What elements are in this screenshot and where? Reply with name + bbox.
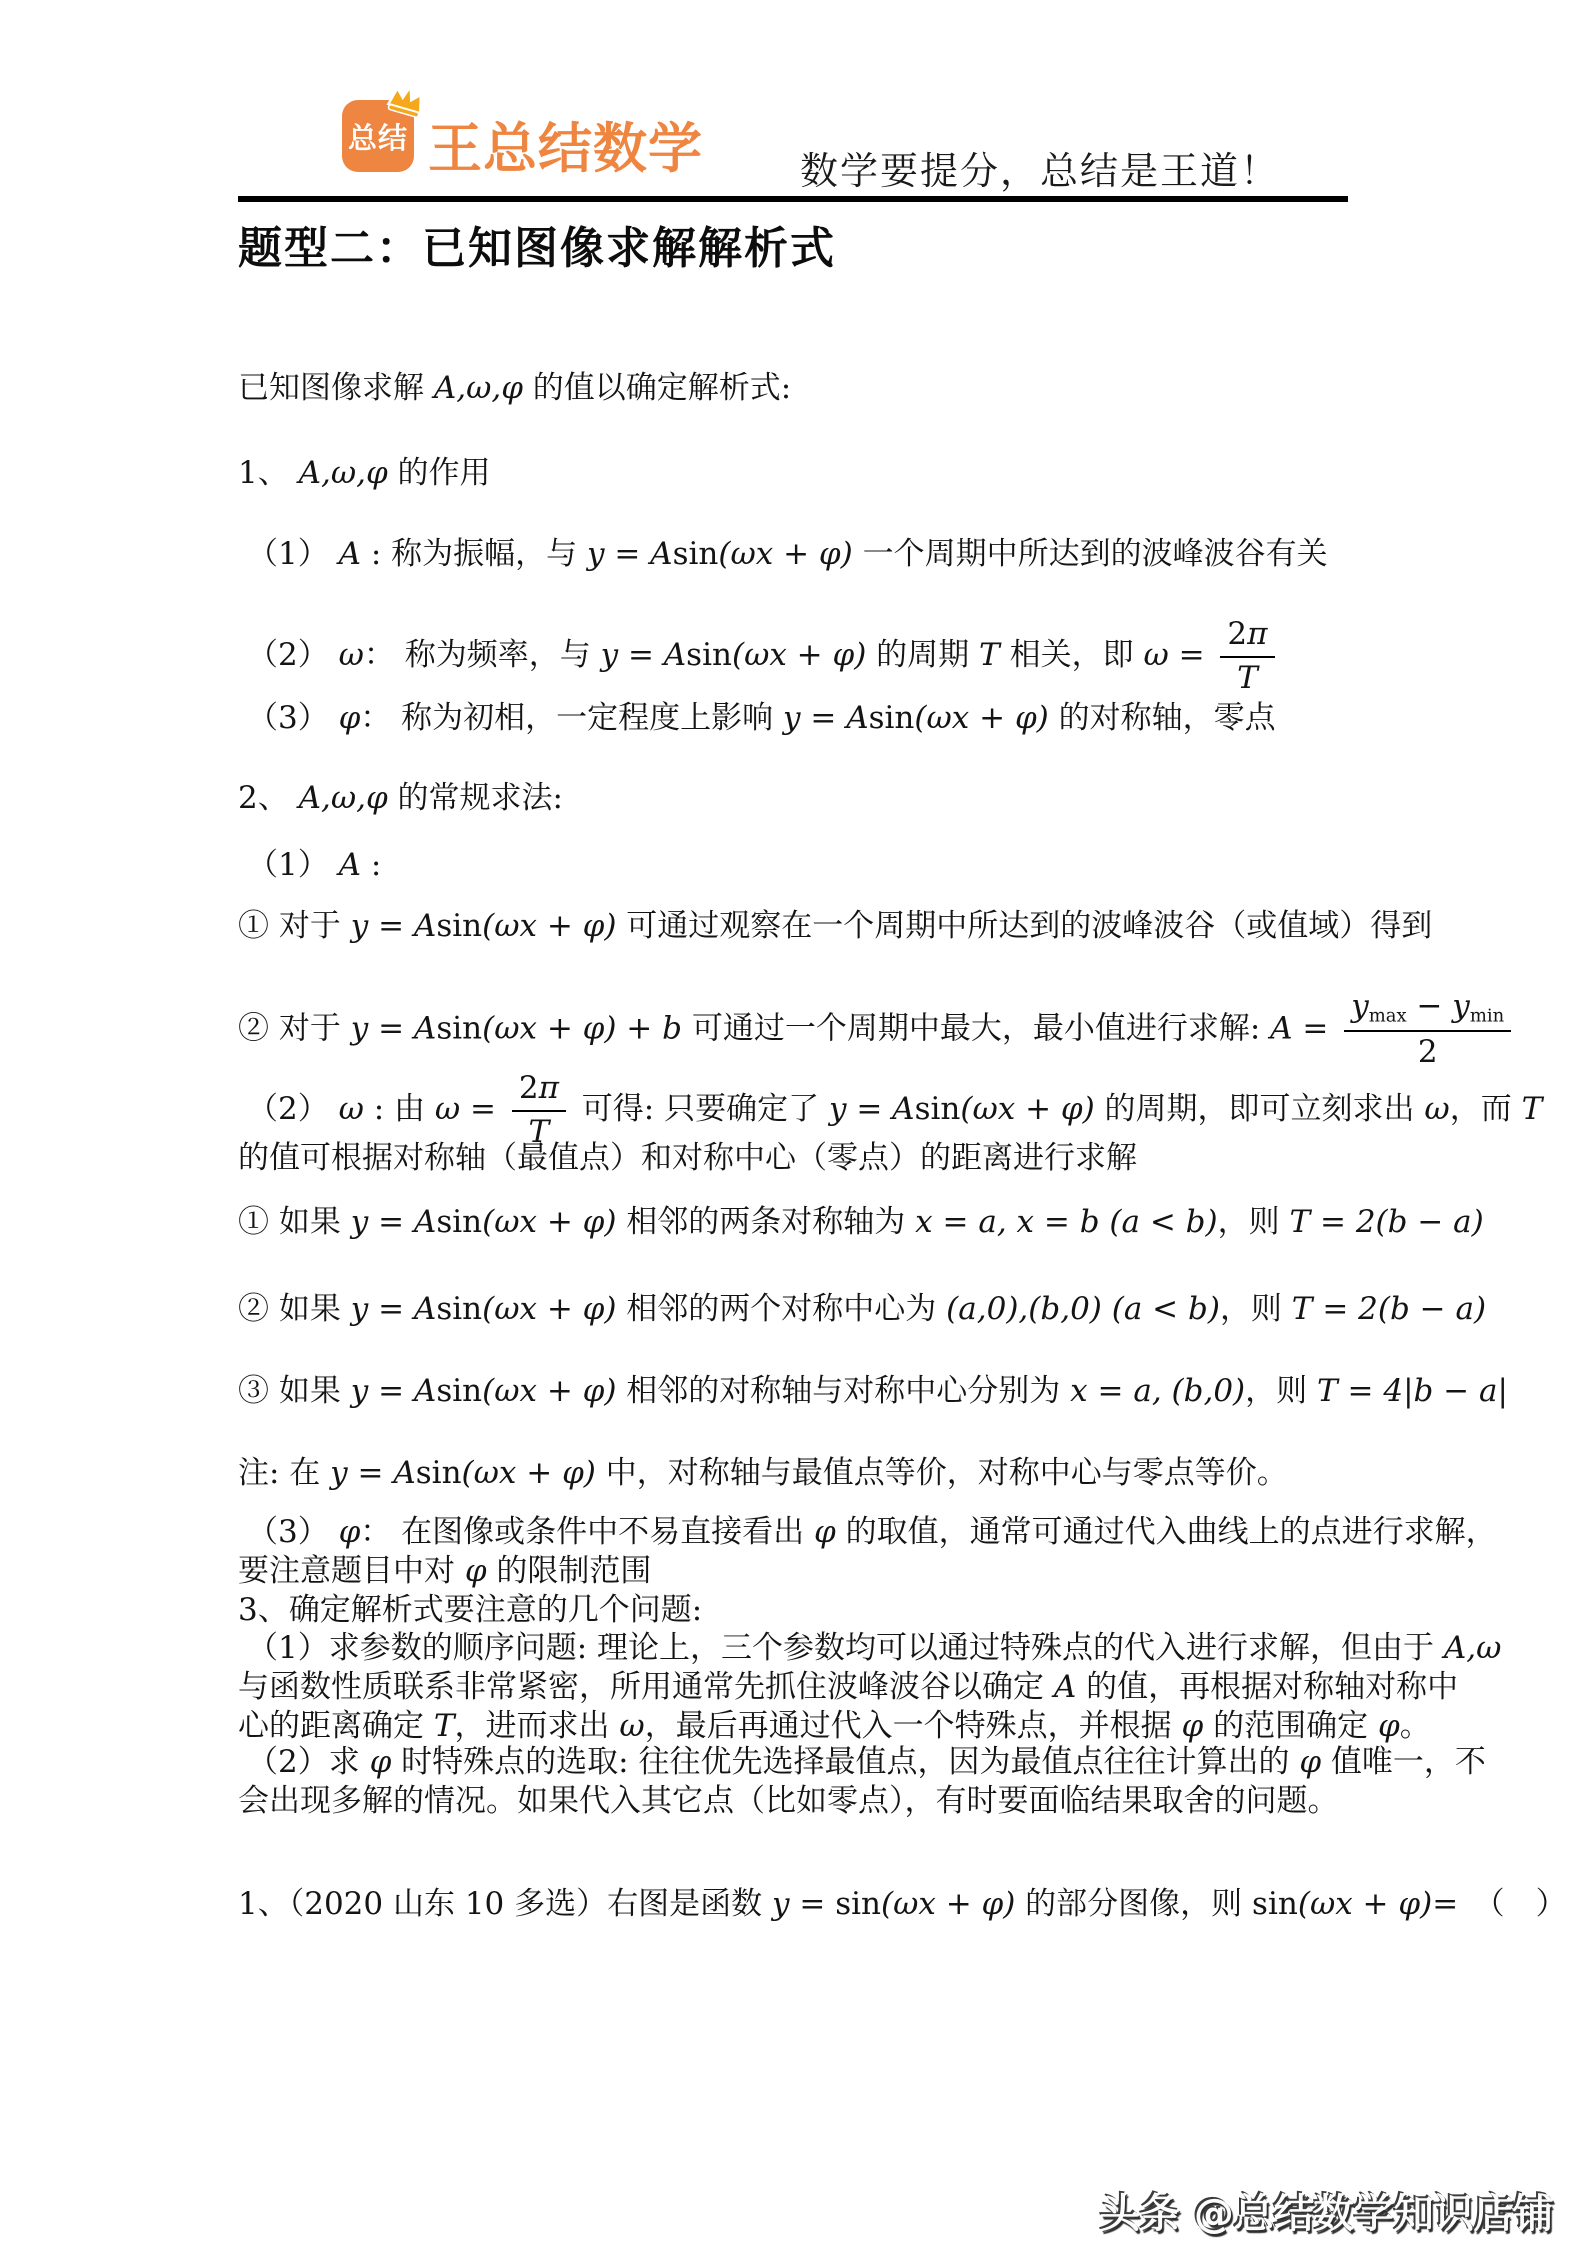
- text-segment: 要注意题目中对: [238, 1553, 465, 1589]
- math-segment: y =: [772, 1886, 835, 1922]
- text-segment: 中，对称轴与最值点等价，对称中心与零点等价。: [596, 1455, 1288, 1491]
- text-segment: 心的距离确定: [238, 1708, 434, 1744]
- math-segment: φ: [1182, 1708, 1204, 1744]
- math-segment: T = 4|b − a|: [1317, 1373, 1508, 1409]
- math-segment: T: [1522, 1091, 1543, 1127]
- math-segment: (ωx + φ): [1298, 1886, 1432, 1922]
- text-segment: （2）: [247, 637, 339, 673]
- fraction-numerator: ymax − ymin: [1344, 989, 1511, 1032]
- text-segment: 的范围确定: [1203, 1708, 1378, 1744]
- s1-item-3: （3） φ： 称为初相，一定程度上影响 y = Asin(ωx + φ) 的对称…: [247, 699, 1276, 738]
- math-segment: y = A: [601, 637, 687, 673]
- math-segment: φ: [1299, 1744, 1321, 1780]
- section-3-heading: 3、确定解析式要注意的几个问题:: [238, 1591, 702, 1630]
- math-segment: (ωx + φ): [482, 1373, 616, 1409]
- text-segment: 与函数性质联系非常紧密，所用通常先抓住波峰波谷以确定: [238, 1669, 1054, 1705]
- math-segment: (ωx + φ): [881, 1886, 1015, 1922]
- page-title: 题型二：已知图像求解解析式: [238, 212, 836, 276]
- text-segment: 可通过观察在一个周期中所达到的波峰波谷（或值域）得到: [616, 908, 1432, 944]
- text-segment: 相邻的两个对称中心为: [616, 1291, 946, 1327]
- text-segment: （3）: [247, 1514, 339, 1550]
- text-segment: ，而: [1450, 1091, 1522, 1127]
- math-segment: A: [339, 847, 361, 883]
- math-segment: y = A: [351, 1010, 437, 1046]
- math-segment: ω: [619, 1708, 644, 1744]
- math-segment: sin: [1252, 1886, 1298, 1922]
- math-segment: ω =: [1143, 637, 1214, 673]
- math-segment: φ: [465, 1553, 487, 1589]
- worksheet-page: 总结 王总结数学 数学要提分，总结是王道！ 题型二：已知图像求解解析式 已知图像…: [0, 0, 1587, 2245]
- text-segment: 的取值，通常可通过代入曲线上的点进行求解，: [836, 1514, 1497, 1550]
- text-segment: 的值，再根据对称轴对称中: [1076, 1669, 1458, 1705]
- text-segment: （1）求参数的顺序问题: 理论上，三个参数均可以通过特殊点的代入进行求解，但由于: [247, 1630, 1444, 1666]
- text-segment: 可得: 只要确定了: [572, 1091, 829, 1127]
- math-segment: y = A: [351, 908, 437, 944]
- intro-line: 已知图像求解 A,ω,φ 的值以确定解析式:: [238, 369, 791, 408]
- math-segment: (ωx + φ): [462, 1455, 596, 1491]
- text-segment: 相邻的两条对称轴为: [616, 1204, 915, 1240]
- s2-period-rule-1: ① 如果 y = Asin(ωx + φ) 相邻的两条对称轴为 x = a, x…: [238, 1203, 1484, 1242]
- text-segment: ① 对于: [238, 908, 351, 944]
- math-segment: x = a, (b,0): [1070, 1373, 1245, 1409]
- text-segment: ： 在图像或条件中不易直接看出: [360, 1514, 814, 1550]
- text-segment: 的值可根据对称轴（最值点）和对称中心（零点）的距离进行求解: [238, 1140, 1137, 1176]
- math-segment: 2: [1227, 616, 1247, 652]
- text-segment: ，则: [1218, 1204, 1290, 1240]
- math-segment: sin: [436, 1291, 482, 1327]
- math-segment: (ωx + φ): [482, 1204, 616, 1240]
- math-segment: sin: [869, 700, 915, 736]
- math-segment: (ωx + φ): [482, 908, 616, 944]
- text-segment: 。: [1400, 1708, 1431, 1744]
- s2-item-3-cont: 要注意题目中对 φ 的限制范围: [238, 1552, 651, 1591]
- text-segment: 的常规求法:: [388, 780, 563, 816]
- s2-item-2-cont: 的值可根据对称轴（最值点）和对称中心（零点）的距离进行求解: [238, 1139, 1137, 1178]
- text-segment: 的值以确定解析式:: [523, 370, 791, 406]
- math-segment: (ωx + φ): [718, 536, 852, 572]
- math-segment: (a,0),(b,0) (a < b): [946, 1291, 1220, 1327]
- math-segment: x = a, x = b (a < b): [915, 1204, 1217, 1240]
- section-1-heading: 1、 A,ω,φ 的作用: [238, 454, 491, 493]
- math-segment: π: [539, 1070, 559, 1106]
- problem-1: 1、（2020 山东 10 多选）右图是函数 y = sin(ωx + φ) 的…: [238, 1885, 1567, 1924]
- text-segment: ，进而求出: [455, 1708, 620, 1744]
- s2-period-rule-3: ③ 如果 y = Asin(ωx + φ) 相邻的对称轴与对称中心分别为 x =…: [238, 1372, 1508, 1411]
- math-segment: y = A: [351, 1204, 437, 1240]
- math-segment: sin: [673, 536, 719, 572]
- text-segment: 值唯一，不: [1321, 1744, 1486, 1780]
- text-segment: 会出现多解的情况。如果代入其它点（比如零点），有时要面临结果取舍的问题。: [238, 1783, 1339, 1819]
- text-segment: 可通过一个周期中最大，最小值进行求解:: [682, 1010, 1270, 1046]
- text-segment: （2）: [247, 1091, 339, 1127]
- math-segment: − y: [1407, 988, 1470, 1024]
- math-segment: ω: [1424, 1091, 1449, 1127]
- text-segment: ② 对于: [238, 1010, 351, 1046]
- math-segment: A,ω,φ: [299, 780, 388, 816]
- s2-item-1: （1） A :: [247, 846, 381, 885]
- s3-para-1a: （1）求参数的顺序问题: 理论上，三个参数均可以通过特殊点的代入进行求解，但由于…: [247, 1629, 1501, 1668]
- math-segment: (ωx + φ): [914, 700, 1048, 736]
- math-segment: y = A: [330, 1455, 416, 1491]
- header-divider: [238, 196, 1348, 202]
- s2-item-1-rule-1: ① 对于 y = Asin(ωx + φ) 可通过观察在一个周期中所达到的波峰波…: [238, 907, 1432, 946]
- math-segment: φ: [814, 1514, 836, 1550]
- math-segment: sin: [436, 1373, 482, 1409]
- math-segment: A: [339, 536, 361, 572]
- math-segment: ω: [339, 1091, 364, 1127]
- math-segment: min: [1470, 1005, 1504, 1026]
- math-segment: π: [1247, 616, 1267, 652]
- math-segment: A,ω,φ: [299, 455, 388, 491]
- s3-para-1b: 与函数性质联系非常紧密，所用通常先抓住波峰波谷以确定 A 的值，再根据对称轴对称…: [238, 1668, 1458, 1707]
- text-segment: （2）求: [247, 1744, 370, 1780]
- math-segment: sin: [915, 1091, 961, 1127]
- math-segment: A,ω,φ: [434, 370, 523, 406]
- fraction-denominator: 2: [1418, 1032, 1438, 1071]
- math-segment: sin: [436, 1204, 482, 1240]
- section-2-heading: 2、 A,ω,φ 的常规求法:: [238, 779, 563, 818]
- text-segment: 2、: [238, 780, 299, 816]
- text-segment: （1）: [247, 847, 339, 883]
- text-segment: （1）: [247, 536, 339, 572]
- text-segment: 1、: [238, 455, 299, 491]
- text-segment: ： 称为初相，一定程度上影响: [360, 700, 783, 736]
- text-segment: :: [361, 847, 381, 883]
- text-segment: 的作用: [388, 455, 491, 491]
- math-segment: y = A: [783, 700, 869, 736]
- math-segment: (ωx + φ): [960, 1091, 1094, 1127]
- s2-item-3: （3） φ： 在图像或条件中不易直接看出 φ 的取值，通常可通过代入曲线上的点进…: [247, 1513, 1497, 1552]
- text-segment: 注: 在: [238, 1455, 330, 1491]
- text-segment: ，最后再通过代入一个特殊点，并根据: [645, 1708, 1182, 1744]
- math-segment: A: [1054, 1669, 1076, 1705]
- fraction-denominator: T: [1237, 658, 1258, 697]
- text-segment: 的部分图像，则: [1015, 1886, 1252, 1922]
- math-segment: φ: [1378, 1708, 1400, 1744]
- math-segment: sin: [835, 1886, 881, 1922]
- math-segment: T = 2(b − a): [1289, 1204, 1483, 1240]
- math-segment: y = A: [351, 1291, 437, 1327]
- s1-item-1: （1） A : 称为振幅，与 y = Asin(ωx + φ) 一个周期中所达到…: [247, 535, 1328, 574]
- math-segment: sin: [436, 908, 482, 944]
- text-segment: 1、（2020 山东 10 多选）右图是函数: [238, 1886, 772, 1922]
- text-segment: 的周期，即可立刻求出: [1095, 1091, 1425, 1127]
- text-segment: 相关，即: [1000, 637, 1144, 673]
- watermark-text: 头条 @总结数学知识店铺: [1100, 2182, 1554, 2239]
- fraction: 2πT: [1220, 617, 1274, 696]
- brand-name: 王总结数学: [428, 106, 703, 183]
- math-segment: 2: [519, 1070, 539, 1106]
- brand-logo-icon-text: 总结: [348, 116, 408, 157]
- math-segment: (ωx + φ): [482, 1291, 616, 1327]
- math-segment: max: [1369, 1005, 1407, 1026]
- math-segment: T = 2(b − a): [1292, 1291, 1486, 1327]
- math-segment: y = A: [351, 1373, 437, 1409]
- text-segment: : 称为振幅，与: [361, 536, 587, 572]
- text-segment: 的周期: [866, 637, 979, 673]
- math-segment: (ωx + φ) + b: [482, 1010, 682, 1046]
- text-segment: 一个周期中所达到的波峰波谷有关: [853, 536, 1328, 572]
- math-segment: T: [434, 1708, 455, 1744]
- text-segment: ，则: [1245, 1373, 1317, 1409]
- math-segment: A,ω: [1444, 1630, 1502, 1666]
- text-segment: ： 称为频率，与: [364, 637, 601, 673]
- s1-item-2: （2） ω： 称为频率，与 y = Asin(ωx + φ) 的周期 T 相关，…: [247, 617, 1281, 696]
- math-segment: A =: [1270, 1010, 1338, 1046]
- math-segment: y = A: [587, 536, 673, 572]
- math-segment: y: [1351, 988, 1369, 1024]
- math-segment: φ: [339, 700, 361, 736]
- text-segment: （3）: [247, 700, 339, 736]
- math-segment: ω =: [435, 1091, 506, 1127]
- s3-para-1c: 心的距离确定 T，进而求出 ω，最后再通过代入一个特殊点，并根据 φ 的范围确定…: [238, 1707, 1431, 1746]
- brand-tagline: 数学要提分，总结是王道！: [800, 140, 1280, 195]
- text-segment: 时特殊点的选取: 往往优先选择最值点，因为最值点往往计算出的: [391, 1744, 1299, 1780]
- text-segment: ② 如果: [238, 1291, 351, 1327]
- text-segment: 的对称轴，零点: [1049, 700, 1276, 736]
- s3-para-2a: （2）求 φ 时特殊点的选取: 往往优先选择最值点，因为最值点往往计算出的 φ …: [247, 1743, 1486, 1782]
- text-segment: = （ ）: [1432, 1886, 1566, 1922]
- s2-period-rule-2: ② 如果 y = Asin(ωx + φ) 相邻的两个对称中心为 (a,0),(…: [238, 1290, 1486, 1329]
- fraction-numerator: 2π: [1220, 617, 1274, 658]
- math-segment: T: [979, 637, 1000, 673]
- text-segment: ① 如果: [238, 1204, 351, 1240]
- math-segment: sin: [416, 1455, 462, 1491]
- text-segment: ，则: [1220, 1291, 1292, 1327]
- text-segment: ③ 如果: [238, 1373, 351, 1409]
- math-segment: sin: [686, 637, 732, 673]
- text-segment: 已知图像求解: [238, 370, 434, 406]
- math-segment: (ωx + φ): [732, 637, 866, 673]
- s3-para-2b: 会出现多解的情况。如果代入其它点（比如零点），有时要面临结果取舍的问题。: [238, 1782, 1339, 1821]
- math-segment: ω: [339, 637, 364, 673]
- s2-item-1-rule-2: ② 对于 y = Asin(ωx + φ) + b 可通过一个周期中最大，最小值…: [238, 989, 1517, 1071]
- text-segment: : 由: [364, 1091, 435, 1127]
- text-segment: 相邻的对称轴与对称中心分别为: [616, 1373, 1070, 1409]
- text-segment: 的限制范围: [487, 1553, 652, 1589]
- math-segment: y = A: [829, 1091, 915, 1127]
- fraction: ymax − ymin2: [1344, 989, 1511, 1071]
- math-segment: T: [1237, 660, 1258, 696]
- math-segment: sin: [436, 1010, 482, 1046]
- math-segment: φ: [370, 1744, 392, 1780]
- text-segment: 3、确定解析式要注意的几个问题:: [238, 1592, 702, 1628]
- math-segment: 2: [1418, 1034, 1438, 1070]
- note-line: 注: 在 y = Asin(ωx + φ) 中，对称轴与最值点等价，对称中心与零…: [238, 1454, 1288, 1493]
- fraction-numerator: 2π: [512, 1071, 566, 1112]
- math-segment: φ: [339, 1514, 361, 1550]
